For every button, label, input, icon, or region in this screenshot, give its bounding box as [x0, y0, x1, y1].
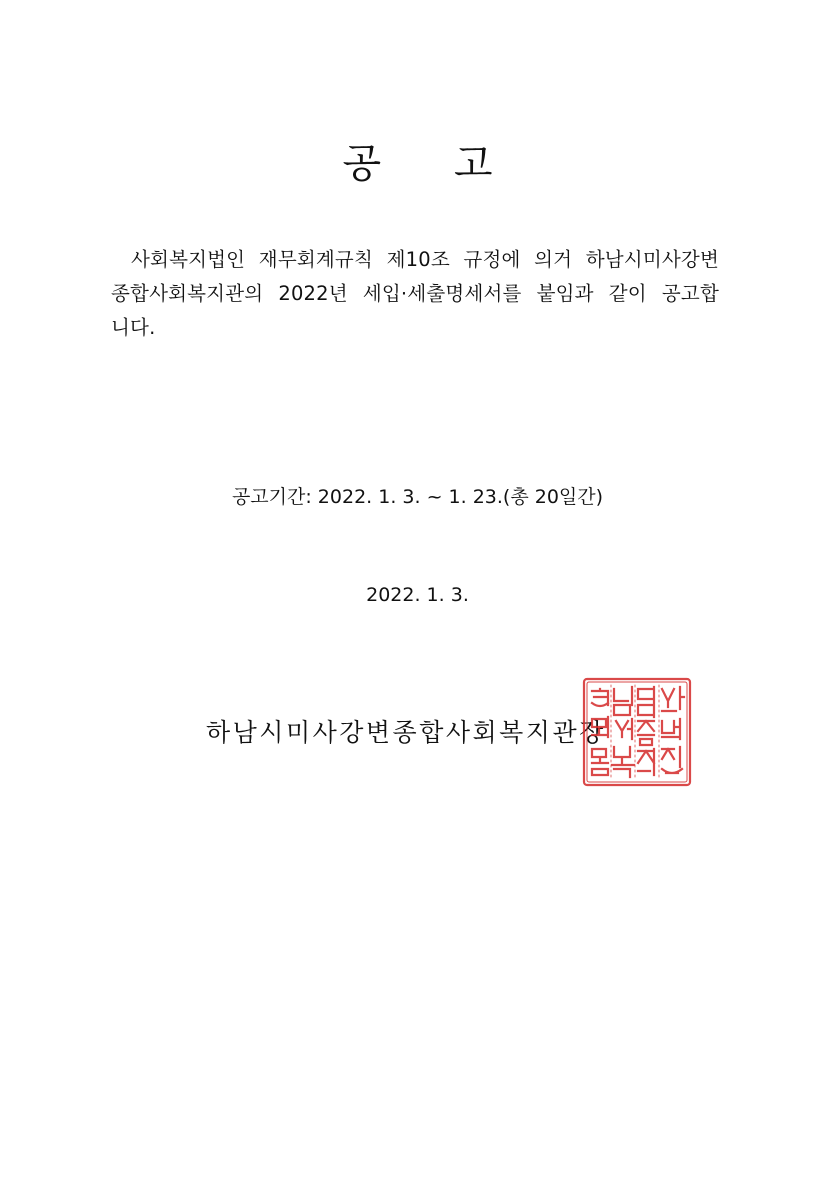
- official-seal-icon: [582, 677, 692, 787]
- document-title: 공 고: [0, 136, 835, 192]
- announcement-period: 공고기간: 2022. 1. 3. ~ 1. 23.(총 20일간): [0, 482, 835, 512]
- signer-name: 하남시미사강변종합사회복지관장: [206, 713, 606, 753]
- announcement-body: 사회복지법인 재무회계규칙 제10조 규정에 의거 하남시미사강변종합사회복지관…: [111, 243, 719, 345]
- announcement-date: 2022. 1. 3.: [0, 580, 835, 610]
